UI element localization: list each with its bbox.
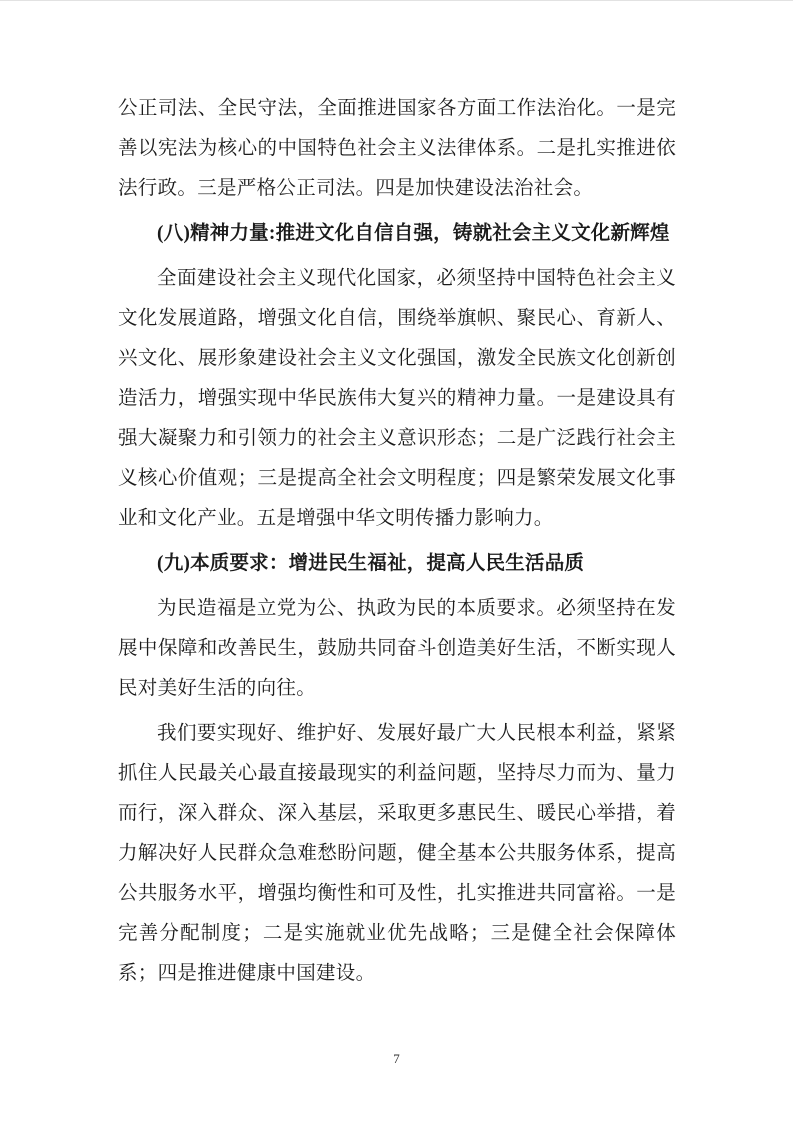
body-paragraph: 为民造福是立党为公、执政为民的本质要求。必须坚持在发展中保障和改善民生，鼓励共同… [118, 589, 676, 709]
page-number: 7 [393, 1051, 400, 1066]
body-paragraph: 我们要实现好、维护好、发展好最广大人民根本利益，紧紧抓住人民最关心最直接最现实的… [118, 714, 676, 994]
page-footer: 7 [0, 1052, 793, 1066]
body-paragraph: 公正司法、全民守法，全面推进国家各方面工作法治化。一是完善以宪法为核心的中国特色… [118, 89, 676, 209]
document-body: 公正司法、全民守法，全面推进国家各方面工作法治化。一是完善以宪法为核心的中国特色… [118, 89, 676, 994]
document-page: 公正司法、全民守法，全面推进国家各方面工作法治化。一是完善以宪法为核心的中国特色… [0, 0, 793, 1122]
section-heading: (八)精神力量:推进文化自信自强，铸就社会主义文化新辉煌 [118, 214, 676, 254]
body-paragraph: 全面建设社会主义现代化国家，必须坚持中国特色社会主义文化发展道路，增强文化自信，… [118, 259, 676, 539]
section-heading: (九)本质要求：增进民生福祉，提高人民生活品质 [118, 544, 676, 584]
